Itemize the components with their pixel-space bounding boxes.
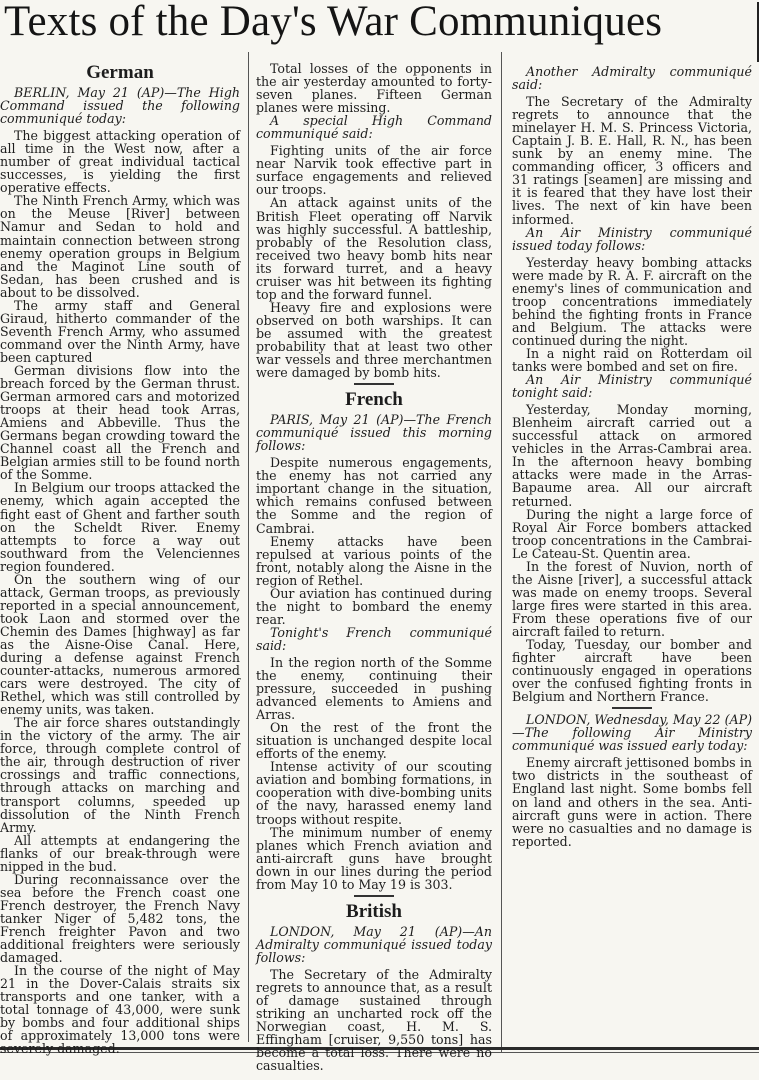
section-heading-french: French (256, 389, 492, 411)
paragraph: In the course of the night of May 21 in … (0, 964, 240, 1055)
dateline-london-wednesday: LONDON, Wednesday, May 22 (AP)—The follo… (512, 713, 752, 752)
paragraph: Heavy fire and explosions were observed … (256, 301, 492, 379)
paragraph: The Secretary of the Admiralty regrets t… (256, 968, 492, 1072)
paragraph: The army staff and General Giraud, hithe… (0, 299, 240, 364)
paragraph: The air force shares outstandingly in th… (0, 716, 240, 833)
paragraph: On the rest of the front the situation i… (256, 721, 492, 760)
subheading-air-ministry-today: An Air Ministry communiqué issued today … (512, 226, 752, 252)
section-heading-british: British (256, 901, 492, 923)
paragraph: During the night a large force of Royal … (512, 508, 752, 560)
section-heading-german: German (0, 62, 240, 84)
paragraph: An attack against units of the British F… (256, 196, 492, 300)
paragraph: In the region north of the Somme the ene… (256, 656, 492, 721)
paragraph: Intense activity of our scouting aviatio… (256, 760, 492, 825)
dateline-paris: PARIS, May 21 (AP)—The French communiqué… (256, 413, 492, 452)
paragraph: Enemy aircraft jettisoned bombs in two d… (512, 756, 752, 847)
paragraph: Our aviation has continued during the ni… (256, 587, 492, 626)
column-divider (501, 52, 502, 1052)
column-3: Another Admiralty communiqué said: The S… (512, 65, 752, 848)
section-divider (354, 895, 394, 897)
paragraph: Yesterday, Monday morning, Blenheim airc… (512, 403, 752, 507)
subheading-special-communique: A special High Command communiqué said: (256, 114, 492, 140)
paragraph: German divisions flow into the breach fo… (0, 364, 240, 481)
section-divider (354, 383, 394, 385)
paragraph: Enemy attacks have been repulsed at vari… (256, 535, 492, 587)
column-divider (248, 52, 249, 1042)
paragraph: During reconnaissance over the sea befor… (0, 873, 240, 964)
subheading-air-ministry-tonight: An Air Ministry communiqué tonight said: (512, 373, 752, 399)
subheading-another-admiralty: Another Admiralty communiqué said: (512, 65, 752, 91)
paragraph: The biggest attacking operation of all t… (0, 129, 240, 194)
paragraph: In a night raid on Rotterdam oil tanks w… (512, 347, 752, 373)
paragraph: In the forest of Nuvion, north of the Ai… (512, 560, 752, 638)
paragraph: Despite numerous engagements, the enemy … (256, 456, 492, 534)
paragraph: On the southern wing of our attack, Germ… (0, 573, 240, 717)
paragraph: The Secretary of the Admiralty regrets t… (512, 95, 752, 225)
column-2: Total losses of the opponents in the air… (256, 62, 492, 1072)
paragraph: Yesterday heavy bombing attacks were mad… (512, 256, 752, 347)
section-divider (612, 707, 652, 709)
paragraph: In Belgium our troops attacked the enemy… (0, 481, 240, 572)
paragraph: Today, Tuesday, our bomber and fighter a… (512, 638, 752, 703)
paragraph: All attempts at endangering the flanks o… (0, 834, 240, 873)
paragraph: The Ninth French Army, which was on the … (0, 194, 240, 298)
dateline-berlin: BERLIN, May 21 (AP)—The High Command iss… (0, 86, 240, 125)
subheading-tonight-communique: Tonight's French communiqué said: (256, 626, 492, 652)
column-1: German BERLIN, May 21 (AP)—The High Comm… (0, 60, 240, 1055)
headline: Texts of the Day's War Communiques (0, 0, 759, 46)
paragraph: The minimum number of enemy planes which… (256, 826, 492, 891)
paragraph: Total losses of the opponents in the air… (256, 62, 492, 114)
paragraph: Fighting units of the air force near Nar… (256, 144, 492, 196)
dateline-london: LONDON, May 21 (AP)—An Admiralty communi… (256, 925, 492, 964)
